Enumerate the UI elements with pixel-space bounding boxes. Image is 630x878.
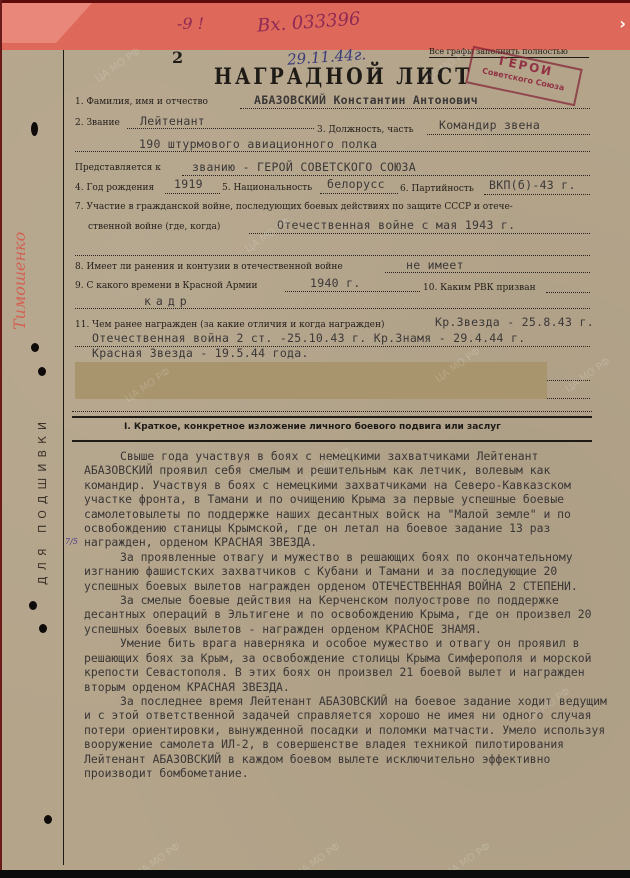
margin-signature: Тимошенко bbox=[10, 190, 40, 330]
party-value: ВКП(б)-43 г. bbox=[489, 178, 576, 192]
margin-note: 7/5 bbox=[65, 537, 78, 546]
watermark: ЦА МО РФ bbox=[134, 841, 183, 870]
binding-margin-line bbox=[63, 50, 64, 865]
punch-hole bbox=[44, 815, 52, 824]
binding-label: ДЛЯ ПОДШИВКИ bbox=[36, 350, 52, 650]
rank-line bbox=[127, 128, 314, 129]
nominated-line bbox=[182, 175, 590, 176]
position-value: Командир звена bbox=[439, 118, 540, 132]
rvk-value: кадр bbox=[144, 294, 192, 308]
unit-line bbox=[75, 151, 590, 152]
wounds-value: не имеет bbox=[406, 258, 464, 272]
viewer-top-bar bbox=[2, 0, 630, 3]
nominated-label: Представляется к bbox=[75, 163, 161, 173]
nominated-value: званию - ГЕРОЙ СОВЕТСКОГО СОЮЗА bbox=[192, 160, 416, 174]
rvk-line bbox=[546, 292, 590, 293]
name-value: АБАЗОВСКИЙ Константин Антонович bbox=[254, 93, 478, 107]
name-line bbox=[240, 108, 590, 109]
address-line bbox=[547, 380, 590, 381]
war-participation-label-1: 7. Участие в гражданской войне, последую… bbox=[75, 202, 513, 212]
narrative-text: Свыше года участвуя в боях с немецкими з… bbox=[84, 449, 609, 780]
section-heading: I. Краткое, конкретное изложение личного… bbox=[124, 422, 501, 432]
party-line bbox=[484, 194, 590, 195]
birth-year-line bbox=[165, 193, 220, 194]
punch-hole bbox=[31, 343, 39, 352]
watermark: ЦА МО РФ bbox=[94, 46, 143, 85]
next-page-icon[interactable]: › bbox=[619, 16, 626, 32]
archive-mark: -9 ! bbox=[177, 14, 204, 33]
birth-year-label: 4. Год рождения bbox=[75, 183, 154, 193]
section-rule-bottom bbox=[72, 440, 592, 442]
section-dotted-rule bbox=[72, 411, 592, 412]
narrative-paragraph: За смелые боевые действия на Керченском … bbox=[84, 593, 609, 636]
watermark: ЦА МО РФ bbox=[294, 841, 343, 870]
birth-year-value: 1919 bbox=[174, 177, 203, 191]
war-participation-value: Отечественная войне с мая 1943 г. bbox=[277, 218, 515, 232]
watermark: ЦА МО РФ bbox=[444, 841, 493, 870]
punch-hole bbox=[31, 122, 38, 136]
position-label: 3. Должность, часть bbox=[317, 125, 413, 135]
narrative-paragraph: Свыше года участвуя в боях с немецкими з… bbox=[84, 449, 609, 550]
narrative-paragraph: За последнее время Лейтенант АБАЗОВСКИЙ … bbox=[84, 694, 609, 780]
army-since-value: 1940 г. bbox=[310, 276, 361, 290]
rvk-label: 10. Каким РВК призван bbox=[423, 283, 536, 293]
war-participation-line bbox=[249, 233, 590, 234]
document-viewer: › -9 ! Вх. 033396 29.11.44г. 2 Все графы… bbox=[0, 0, 630, 878]
war-participation-line-2 bbox=[75, 255, 590, 256]
army-since-line bbox=[285, 291, 420, 292]
narrative-paragraph: За проявленные отвагу и мужество в решаю… bbox=[84, 550, 609, 593]
awards-label: 11. Чем ранее награжден (за какие отличи… bbox=[75, 320, 384, 330]
unit-value: 190 штурмового авиационного полка bbox=[139, 137, 377, 151]
awards-value-1: Кр.Звезда - 25.8.43 г. bbox=[435, 315, 594, 329]
rank-value: Лейтенант bbox=[140, 114, 205, 128]
name-label: 1. Фамилия, имя и отчество bbox=[75, 97, 208, 107]
nationality-value: белорусс bbox=[327, 177, 385, 191]
party-label: 6. Партийность bbox=[400, 184, 474, 194]
nationality-label: 5. Национальность bbox=[222, 183, 312, 193]
awards-value-2: Отечественная война 2 ст. -25.10.43 г. К… bbox=[92, 331, 525, 345]
address-line-2 bbox=[547, 398, 590, 399]
punch-hole bbox=[38, 367, 46, 376]
awards-value-3: Красная Звезда - 19.5.44 года. bbox=[92, 346, 309, 360]
watermark: ЦА МО РФ bbox=[564, 356, 613, 395]
war-participation-label-2: ственной войне (где, когда) bbox=[88, 222, 220, 232]
nationality-line bbox=[320, 193, 398, 194]
position-line bbox=[427, 134, 590, 135]
redacted-block bbox=[75, 362, 547, 399]
rvk-line-2 bbox=[75, 308, 590, 309]
award-sheet-page: › -9 ! Вх. 033396 29.11.44г. 2 Все графы… bbox=[0, 0, 630, 870]
section-rule-top bbox=[72, 416, 592, 418]
wounds-line bbox=[385, 272, 590, 273]
rank-label: 2. Звание bbox=[75, 118, 120, 128]
document-title: НАГРАДНОЙ ЛИСТ bbox=[214, 64, 472, 90]
narrative-paragraph: Умение бить врага наверняка и особое муж… bbox=[84, 636, 609, 694]
punch-hole bbox=[39, 624, 47, 633]
wounds-label: 8. Имеет ли ранения и контузии в отечест… bbox=[75, 262, 343, 272]
punch-hole bbox=[29, 601, 37, 610]
page-number: 2 bbox=[172, 48, 183, 67]
army-since-label: 9. С какого времени в Красной Армии bbox=[75, 281, 257, 291]
